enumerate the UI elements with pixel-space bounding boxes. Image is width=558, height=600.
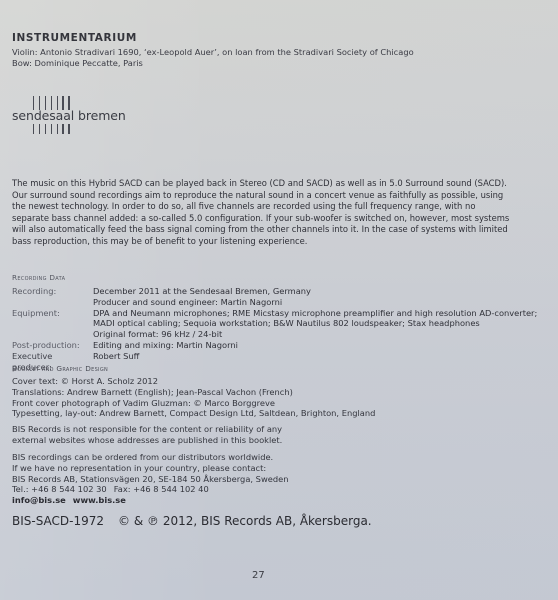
catalog-number: BIS-SACD-1972 [12,514,104,528]
equipment-value: MADI optical cabling; Sequoia workstatio… [93,318,537,329]
phone-fax-line: Tel.: +46 8 544 102 30Fax: +46 8 544 102… [12,484,288,495]
fax: Fax: +46 8 544 102 40 [114,484,209,494]
post-production-row: Post-production: Editing and mixing: Mar… [12,340,537,351]
typesetting-credit: Typesetting, lay-out: Andrew Barnett, Co… [12,408,375,419]
logo-text: sendesaal bremen [12,108,126,123]
page-number: 27 [252,570,265,581]
address-line: BIS Records AB, Stationsvägen 20, SE-184… [12,474,288,485]
instrumentarium-details: Violin: Antonio Stradivari 1690, ‘ex-Leo… [12,47,414,69]
web-contact-line: info@bis.sewww.bis.se [12,495,288,506]
recording-value: December 2011 at the Sendesaal Bremen, G… [93,286,311,297]
equipment-value: DPA and Neumann microphones; RME Micstas… [93,308,537,319]
sendesaal-bremen-logo: sendesaal bremen [12,96,122,138]
post-production-value: Editing and mixing: Martin Nagorni [93,340,238,351]
cover-text-credit: Cover text: © Horst A. Scholz 2012 [12,376,375,387]
bow-line: Bow: Dominique Peccatte, Paris [12,58,414,69]
photo-credit: Front cover photograph of Vadim Gluzman:… [12,398,375,409]
equipment-row: Equipment: DPA and Neumann microphones; … [12,308,537,340]
surround-details: Our surround sound recordings aim to rep… [12,190,512,247]
recording-data-table: Recording: December 2011 at the Sendesaa… [12,286,537,372]
equipment-label: Equipment: [12,308,93,340]
booklet-credits: Cover text: © Horst A. Scholz 2012 Trans… [12,376,375,419]
distribution-line: If we have no representation in your cou… [12,463,288,474]
translations-credit: Translations: Andrew Barnett (English); … [12,387,375,398]
surround-info: The music on this Hybrid SACD can be pla… [12,178,512,247]
surround-intro: The music on this Hybrid SACD can be pla… [12,178,512,189]
website-link[interactable]: www.bis.se [73,495,126,505]
email-link[interactable]: info@bis.se [12,495,66,505]
logo-bars-bottom-icon [33,124,70,134]
telephone: Tel.: +46 8 544 102 30 [12,484,107,494]
disclaimer-line: BIS Records is not responsible for the c… [12,424,282,435]
recording-value: Producer and sound engineer: Martin Nago… [93,297,311,308]
disclaimer-line: external websites whose addresses are pu… [12,435,282,446]
post-production-label: Post-production: [12,340,93,351]
booklet-design-heading: Booklet and Graphic Design [12,364,108,373]
distribution-info: BIS recordings can be ordered from our d… [12,452,288,506]
equipment-value: Original format: 96 kHz / 24-bit [93,329,537,340]
recording-label: Recording: [12,286,93,308]
catalog-line: BIS-SACD-1972© & ℗ 2012, BIS Records AB,… [12,514,372,528]
copyright-notice: © & ℗ 2012, BIS Records AB, Åkersberga. [118,514,372,528]
violin-line: Violin: Antonio Stradivari 1690, ‘ex-Leo… [12,47,414,58]
instrumentarium-heading: Instrumentarium [12,32,137,44]
recording-row: Recording: December 2011 at the Sendesaa… [12,286,537,308]
recording-data-heading: Recording Data [12,273,65,282]
executive-producer-value: Robert Suff [93,351,139,362]
distribution-line: BIS recordings can be ordered from our d… [12,452,288,463]
disclaimer: BIS Records is not responsible for the c… [12,424,282,446]
